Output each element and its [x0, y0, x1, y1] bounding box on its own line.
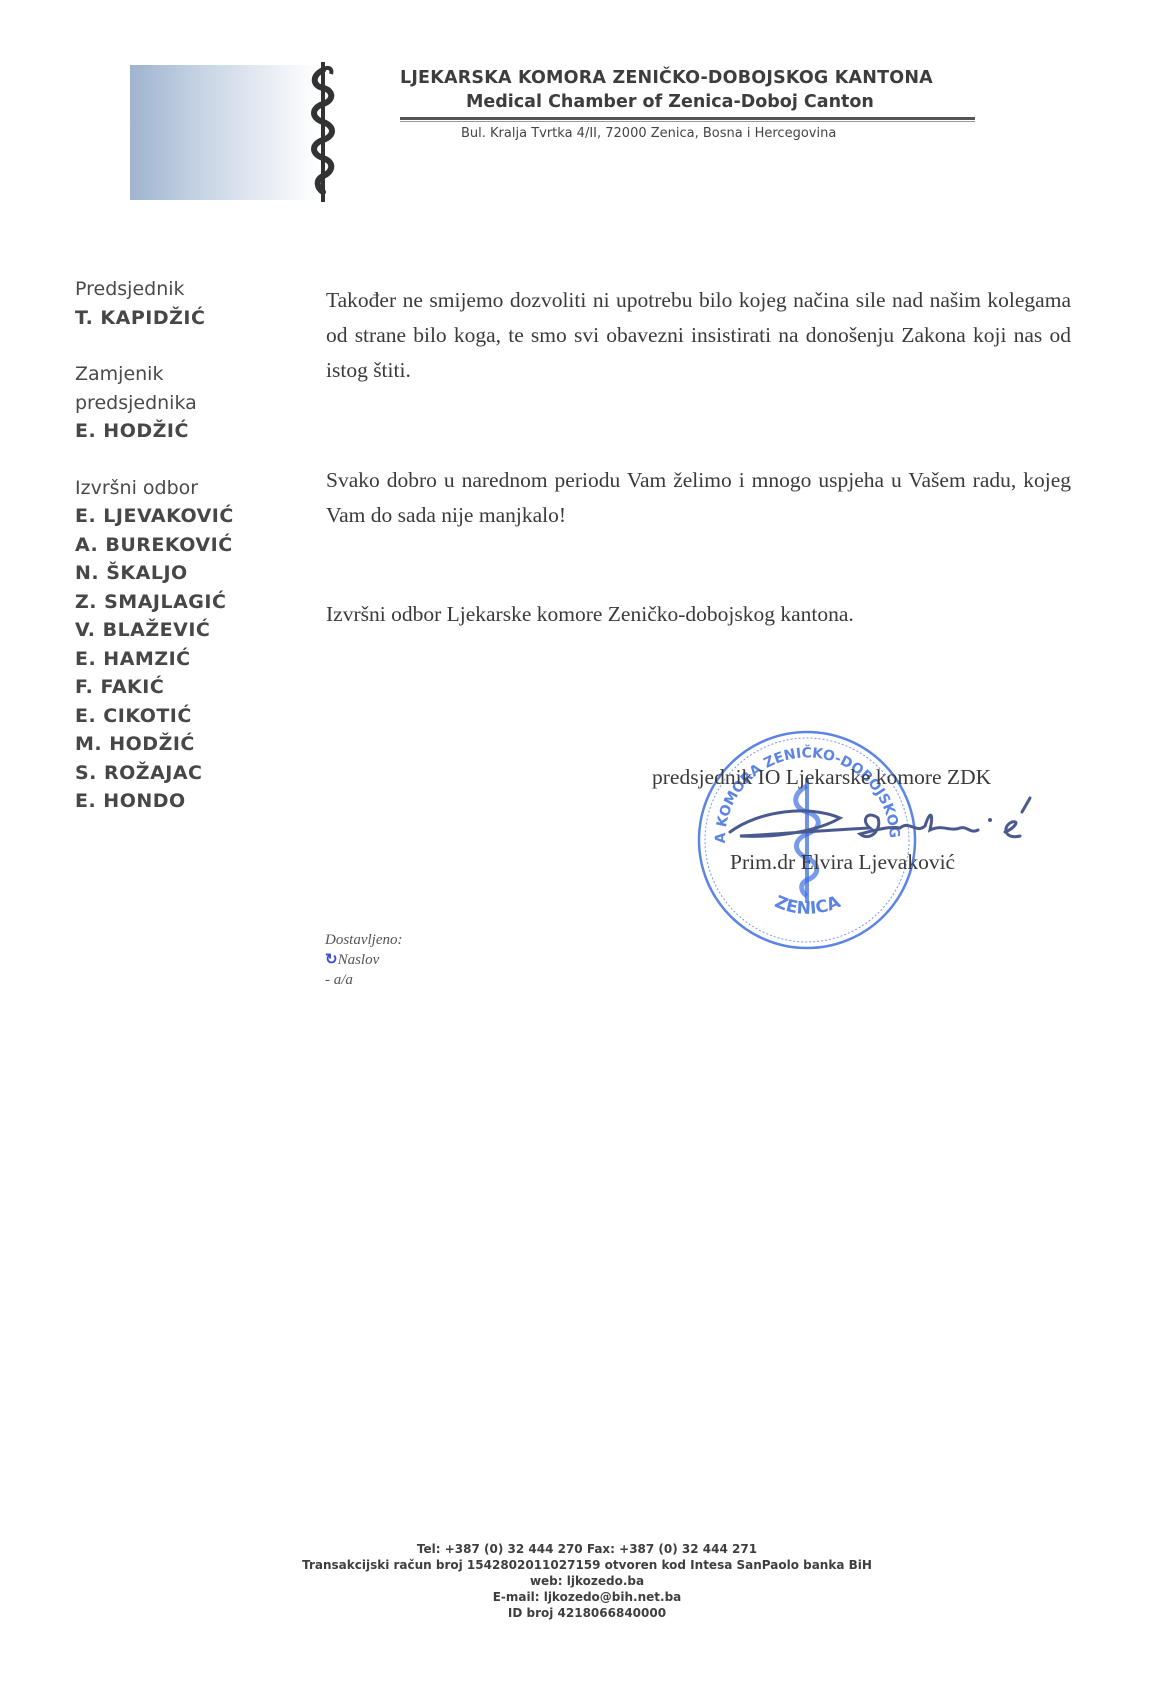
signatory-name: Prim.dr Elvira Ljevaković: [730, 845, 955, 880]
board-member: E. LJEVAKOVIĆ: [75, 502, 285, 531]
caduceus-icon: [305, 62, 341, 202]
org-name-english: Medical Chamber of Zenica-Doboj Canton: [466, 92, 874, 112]
letterhead-gradient-block: [130, 65, 320, 200]
president-name: T. KAPIDŽIĆ: [75, 304, 285, 333]
delivery-block: Dostavljeno: ↻Naslov - a/a: [325, 930, 402, 990]
delivery-archive: - a/a: [325, 970, 402, 990]
footer-email: E-mail: ljkozedo@bih.net.ba: [0, 1589, 1174, 1605]
board-role: Izvršni odbor: [75, 474, 285, 503]
body-paragraph-2: Svako dobro u narednom periodu Vam želim…: [326, 463, 1071, 533]
board-member: F. FAKIĆ: [75, 673, 285, 702]
deputy-role: Zamjenik: [75, 360, 285, 389]
delivery-recipient: Naslov: [338, 952, 380, 968]
board-member: E. HONDO: [75, 787, 285, 816]
board-member: E. CIKOTIĆ: [75, 702, 285, 731]
check-mark-icon: ↻: [325, 952, 338, 968]
header-divider: [400, 117, 975, 120]
delivery-label: Dostavljeno:: [325, 930, 402, 950]
footer-bank-account: Transakcijski račun broj 154280201102715…: [0, 1557, 1174, 1573]
body-paragraph-3: Izvršni odbor Ljekarske komore Zeničko-d…: [326, 597, 1071, 632]
org-name: LJEKARSKA KOMORA ZENIČKO-DOBOJSKOG KANTO…: [400, 68, 933, 88]
footer-id: ID broj 4218066840000: [0, 1605, 1174, 1621]
board-member: A. BUREKOVIĆ: [75, 531, 285, 560]
board-member-list: E. LJEVAKOVIĆ A. BUREKOVIĆ N. ŠKALJO Z. …: [75, 502, 285, 816]
board-member: S. ROŽAJAC: [75, 759, 285, 788]
board-member: V. BLAŽEVIĆ: [75, 616, 285, 645]
board-member: N. ŠKALJO: [75, 559, 285, 588]
header-divider-thin: [400, 121, 975, 122]
board-member: M. HODŽIĆ: [75, 730, 285, 759]
footer-web: web: ljkozedo.ba: [0, 1573, 1174, 1589]
board-member: Z. SMAJLAGIĆ: [75, 588, 285, 617]
letterhead: LJEKARSKA KOMORA ZENIČKO-DOBOJSKOG KANTO…: [0, 0, 1174, 210]
leadership-sidebar: Predsjednik T. KAPIDŽIĆ Zamjenik predsje…: [75, 275, 285, 816]
body-paragraph-1: Također ne smijemo dozvoliti ni upotrebu…: [326, 283, 1071, 388]
footer-phone: Tel: +387 (0) 32 444 270 Fax: +387 (0) 3…: [0, 1541, 1174, 1557]
board-member: E. HAMZIĆ: [75, 645, 285, 674]
president-role: Predsjednik: [75, 275, 285, 304]
org-address: Bul. Kralja Tvrtka 4/II, 72000 Zenica, B…: [461, 126, 836, 141]
deputy-role-cont: predsjednika: [75, 389, 285, 418]
deputy-name: E. HODŽIĆ: [75, 417, 285, 446]
letterhead-footer: Tel: +387 (0) 32 444 270 Fax: +387 (0) 3…: [0, 1541, 1174, 1621]
